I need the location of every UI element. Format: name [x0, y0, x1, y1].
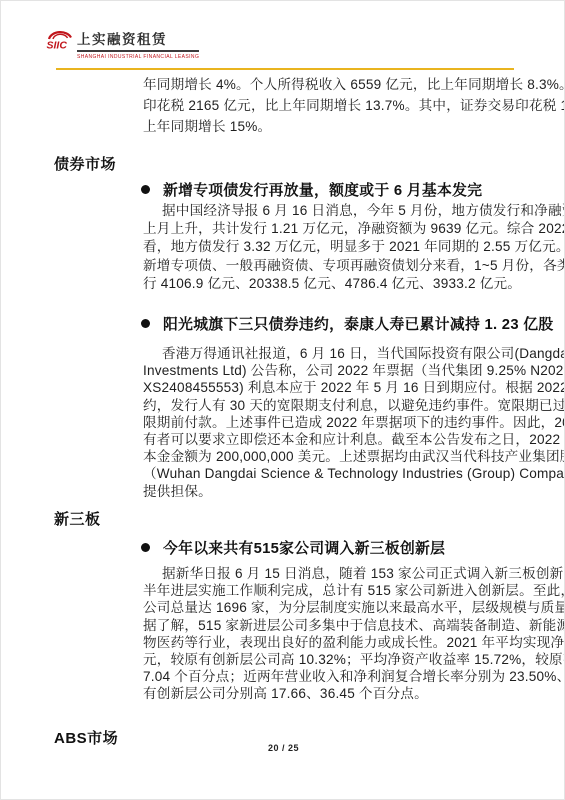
paragraph-line: 上月上升，共计发行 1.21 万亿元，净融资额为 9639 亿元。综合 2022…	[143, 220, 521, 238]
paragraph-line: 物医药等行业，表现出良好的盈利能力或成长性。2021 年平均实现净利润 2904…	[143, 634, 521, 651]
bullet-heading-text: 新增专项债发行再放量，额度或于 6 月基本发完	[163, 179, 482, 200]
paragraph-line: Investments Ltd) 公告称，公司 2022 年票据（当代集团 9.…	[143, 362, 521, 379]
paragraph-line: 行 4106.9 亿元、20338.5 亿元、4786.4 亿元、3933.2 …	[143, 275, 521, 293]
bullet-icon	[141, 185, 150, 194]
paragraph-line: 印花税 2165 亿元，比上年同期增长 13.7%。其中，证券交易印花税 141…	[143, 95, 521, 116]
siic-logo-icon: SIIC	[46, 28, 73, 51]
intro-paragraph: 年同期增长 4%。个人所得税收入 6559 亿元，比上年同期增长 8.3%。1-…	[143, 74, 521, 137]
svg-text:SIIC: SIIC	[47, 40, 68, 52]
logo-text: 上实融资租赁 SHANGHAI INDUSTRIAL FINANCIAL LEA…	[77, 28, 199, 60]
paragraph-line: 据新华日报 6 月 15 日消息，随着 153 家公司正式调入新三板创新层，新三…	[143, 565, 521, 582]
section-title-bond-market: 债券市场	[54, 153, 116, 174]
bond-paragraph-1: 据中国经济导报 6 月 16 日消息，今年 5 月份，地方债发行和净融资规模总体…	[143, 202, 521, 293]
section-title-neeq: 新三板	[54, 508, 101, 529]
company-logo: SIIC 上实融资租赁 SHANGHAI INDUSTRIAL FINANCIA…	[46, 28, 199, 60]
document-page: SIIC 上实融资租赁 SHANGHAI INDUSTRIAL FINANCIA…	[0, 0, 565, 800]
bullet-heading-text: 今年以来共有515家公司调入新三板创新层	[163, 537, 445, 558]
page-number: 20 / 25	[1, 743, 565, 753]
paragraph-line: 据中国经济导报 6 月 16 日消息，今年 5 月份，地方债发行和净融资规模总体…	[143, 202, 521, 220]
bond-paragraph-2: 香港万得通讯社报道，6 月 16 日，当代国际投资有限公司(Dangdai In…	[143, 345, 521, 500]
bullet-heading-text: 阳光城旗下三只债券违约，泰康人寿已累计减持 1. 23 亿股	[163, 313, 553, 334]
neeq-paragraph-1: 据新华日报 6 月 15 日消息，随着 153 家公司正式调入新三板创新层，新三…	[143, 565, 521, 703]
paragraph-line: （Wuhan Dangdai Science & Technology Indu…	[143, 465, 521, 482]
bullet-heading-2: 阳光城旗下三只债券违约，泰康人寿已累计减持 1. 23 亿股	[141, 313, 553, 334]
paragraph-line: XS2408455553) 利息本应于 2022 年 5 月 16 日到期应付。…	[143, 379, 521, 396]
bullet-icon	[141, 543, 150, 552]
header-divider-line	[56, 68, 514, 70]
bullet-heading-3: 今年以来共有515家公司调入新三板创新层	[141, 537, 445, 558]
paragraph-line: 有创新层公司分别高 17.66、36.45 个百分点。	[143, 685, 521, 702]
paragraph-line: 年同期增长 4%。个人所得税收入 6559 亿元，比上年同期增长 8.3%。1-…	[143, 74, 521, 95]
paragraph-line: 半年进层实施工作顺利完成，总计有 515 家公司新进入创新层。至此，新三板创新层	[143, 582, 521, 599]
paragraph-line: 元，较原有创新层公司高 10.32%；平均净资产收益率 15.72%，较原有创新…	[143, 651, 521, 668]
paragraph-line: 看，地方债发行 3.32 万亿元，明显多于 2021 年同期的 2.55 万亿元…	[143, 238, 521, 256]
paragraph-line: 本金金额为 200,000,000 美元。上述票据均由武汉当代科技产业集团股份有…	[143, 448, 521, 465]
paragraph-line: 上年同期增长 15%。	[143, 116, 521, 137]
paragraph-line: 公司总量达 1696 家，为分层制度实施以来最高水平，层级规模与质量均显著提升。	[143, 599, 521, 616]
paragraph-line: 据了解，515 家新进层公司多集中于信息技术、高端装备制造、新能源、新材料、生	[143, 617, 521, 634]
bullet-icon	[141, 319, 150, 328]
bullet-heading-1: 新增专项债发行再放量，额度或于 6 月基本发完	[141, 179, 482, 200]
paragraph-line: 新增专项债、一般再融资债、专项再融资债划分来看，1~5 月份，各类地方债分别发	[143, 257, 521, 275]
logo-company-name: 上实融资租赁	[77, 28, 199, 52]
logo-tagline: SHANGHAI INDUSTRIAL FINANCIAL LEASING	[77, 54, 199, 60]
paragraph-line: 提供担保。	[143, 483, 521, 500]
paragraph-line: 限期前付款。上述事件已造成 2022 年票据项下的违约事件。因此，2022 年票…	[143, 414, 521, 431]
paragraph-line: 香港万得通讯社报道，6 月 16 日，当代国际投资有限公司(Dangdai In…	[143, 345, 521, 362]
paragraph-line: 7.04 个百分点；近两年营业收入和净利润复合增长率分别为 23.50%、40.…	[143, 668, 521, 685]
paragraph-line: 有者可以要求立即偿还本金和应计利息。截至本公告发布之日，2022 年票据的未偿付	[143, 431, 521, 448]
paragraph-line: 约，发行人有 30 天的宽限期支付利息，以避免违约事件。宽限期已过，发行人未在宽	[143, 397, 521, 414]
